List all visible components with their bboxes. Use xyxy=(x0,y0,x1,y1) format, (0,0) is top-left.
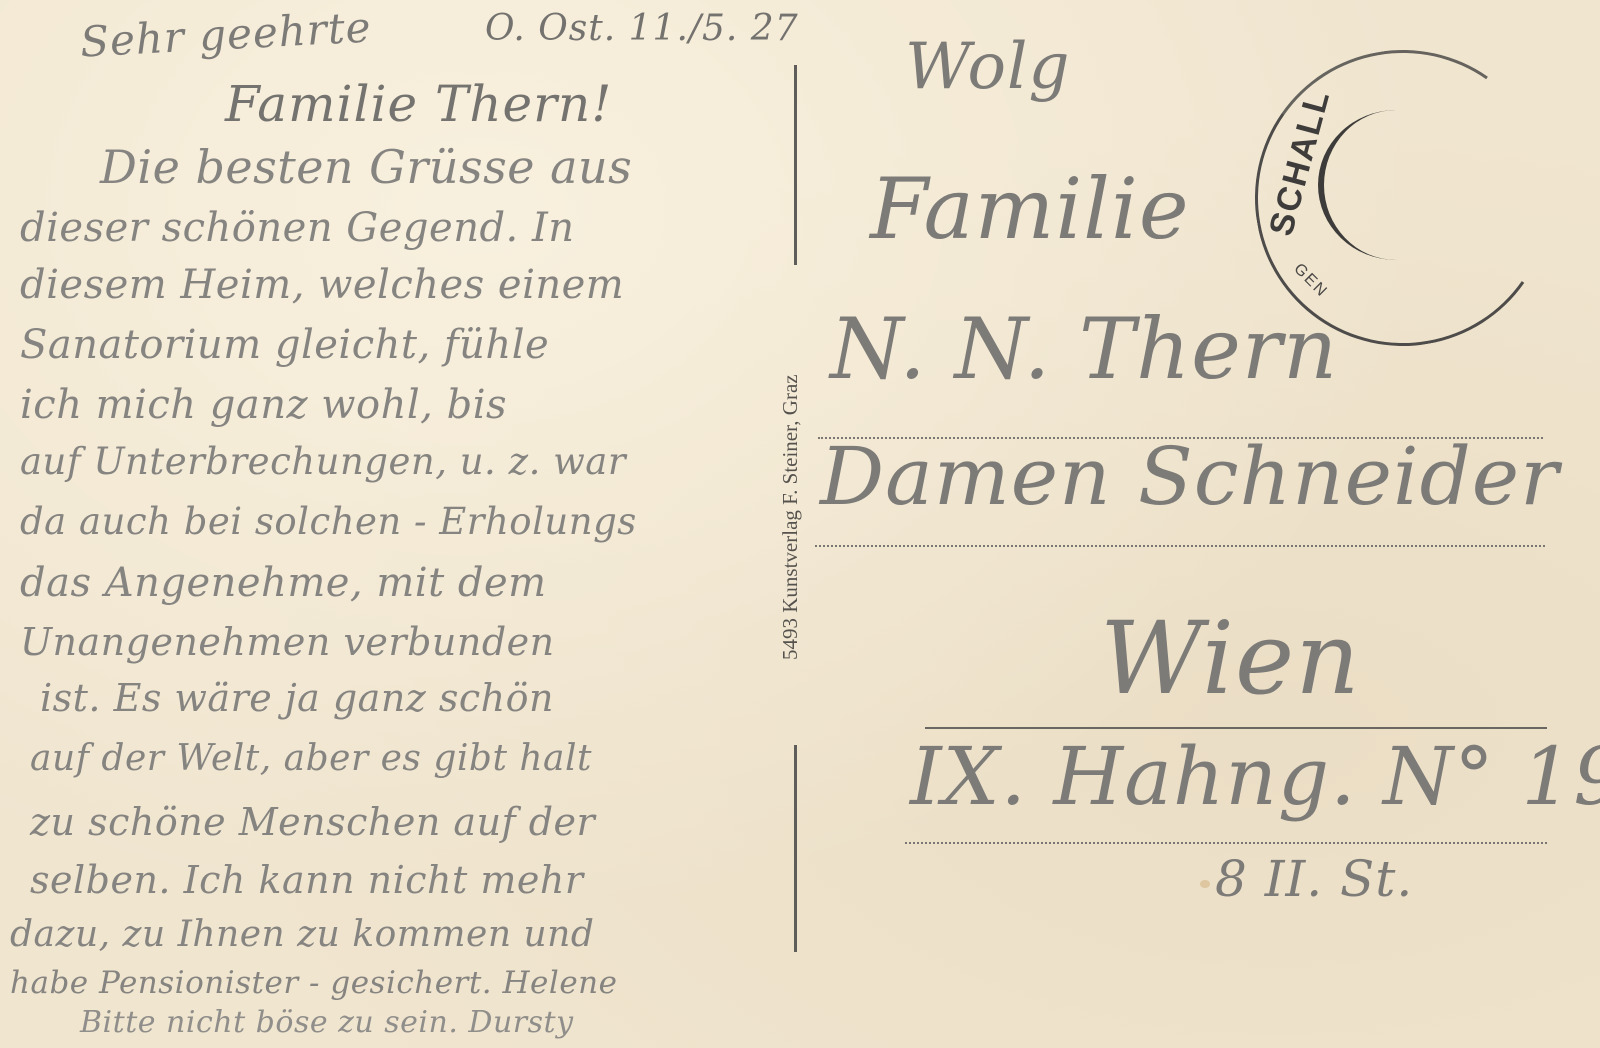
paper-stain xyxy=(1200,880,1210,888)
address-honorific: Wolg xyxy=(905,30,1070,104)
address-rule-3 xyxy=(925,727,1547,729)
address-rule-2 xyxy=(815,545,1545,547)
message-line: Sanatorium gleicht, fühle xyxy=(20,322,549,368)
message-line: diesem Heim, welches einem xyxy=(20,262,624,308)
message-line: selben. Ich kann nicht mehr xyxy=(30,858,584,902)
message-line: dieser schönen Gegend. In xyxy=(20,205,575,251)
address-rule-4 xyxy=(905,842,1547,844)
message-line: dazu, zu Ihnen zu kommen und xyxy=(10,914,594,955)
message-line: Unangenehmen verbunden xyxy=(20,620,555,664)
salutation-line-1: Sehr geehrte xyxy=(79,2,373,66)
message-line: das Angenehme, mit dem xyxy=(20,560,547,606)
salutation-line-2: Familie Thern! xyxy=(225,75,612,133)
address-recipient-line-1: Familie xyxy=(870,160,1190,258)
postmark-inner-ring xyxy=(1318,110,1474,260)
divider-line-bottom xyxy=(794,745,797,952)
message-line: ist. Es wäre ja ganz schön xyxy=(40,676,554,720)
postcard-back: Sehr geehrte O. Ost. 11./5. 27 Familie T… xyxy=(0,0,1600,1048)
message-line: auf Unterbrechungen, u. z. war xyxy=(20,440,626,483)
message-line: zu schöne Menschen auf der xyxy=(30,800,595,844)
address-recipient-line-3: Damen Schneider xyxy=(820,430,1559,523)
message-line: Bitte nicht böse zu sein. Dursty xyxy=(80,1005,574,1040)
address-street: IX. Hahng. N° 19 xyxy=(910,730,1600,823)
address-recipient-line-2: N. N. Thern xyxy=(830,300,1338,398)
message-line: Die besten Grüsse aus xyxy=(100,140,632,194)
message-line: da auch bei solchen - Erholungs xyxy=(20,500,637,543)
publisher-imprint: 5493 Kunstverlag F. Steiner, Graz xyxy=(778,374,803,660)
message-line: habe Pensionister - gesichert. Helene xyxy=(10,965,617,1001)
date-text: O. Ost. 11./5. 27 xyxy=(485,8,799,49)
message-line: ich mich ganz wohl, bis xyxy=(20,382,507,428)
address-apartment: 8 II. St. xyxy=(1215,850,1413,908)
divider-line-top xyxy=(794,65,797,265)
message-line: auf der Welt, aber es gibt halt xyxy=(30,738,592,779)
address-city: Wien xyxy=(1100,600,1361,717)
